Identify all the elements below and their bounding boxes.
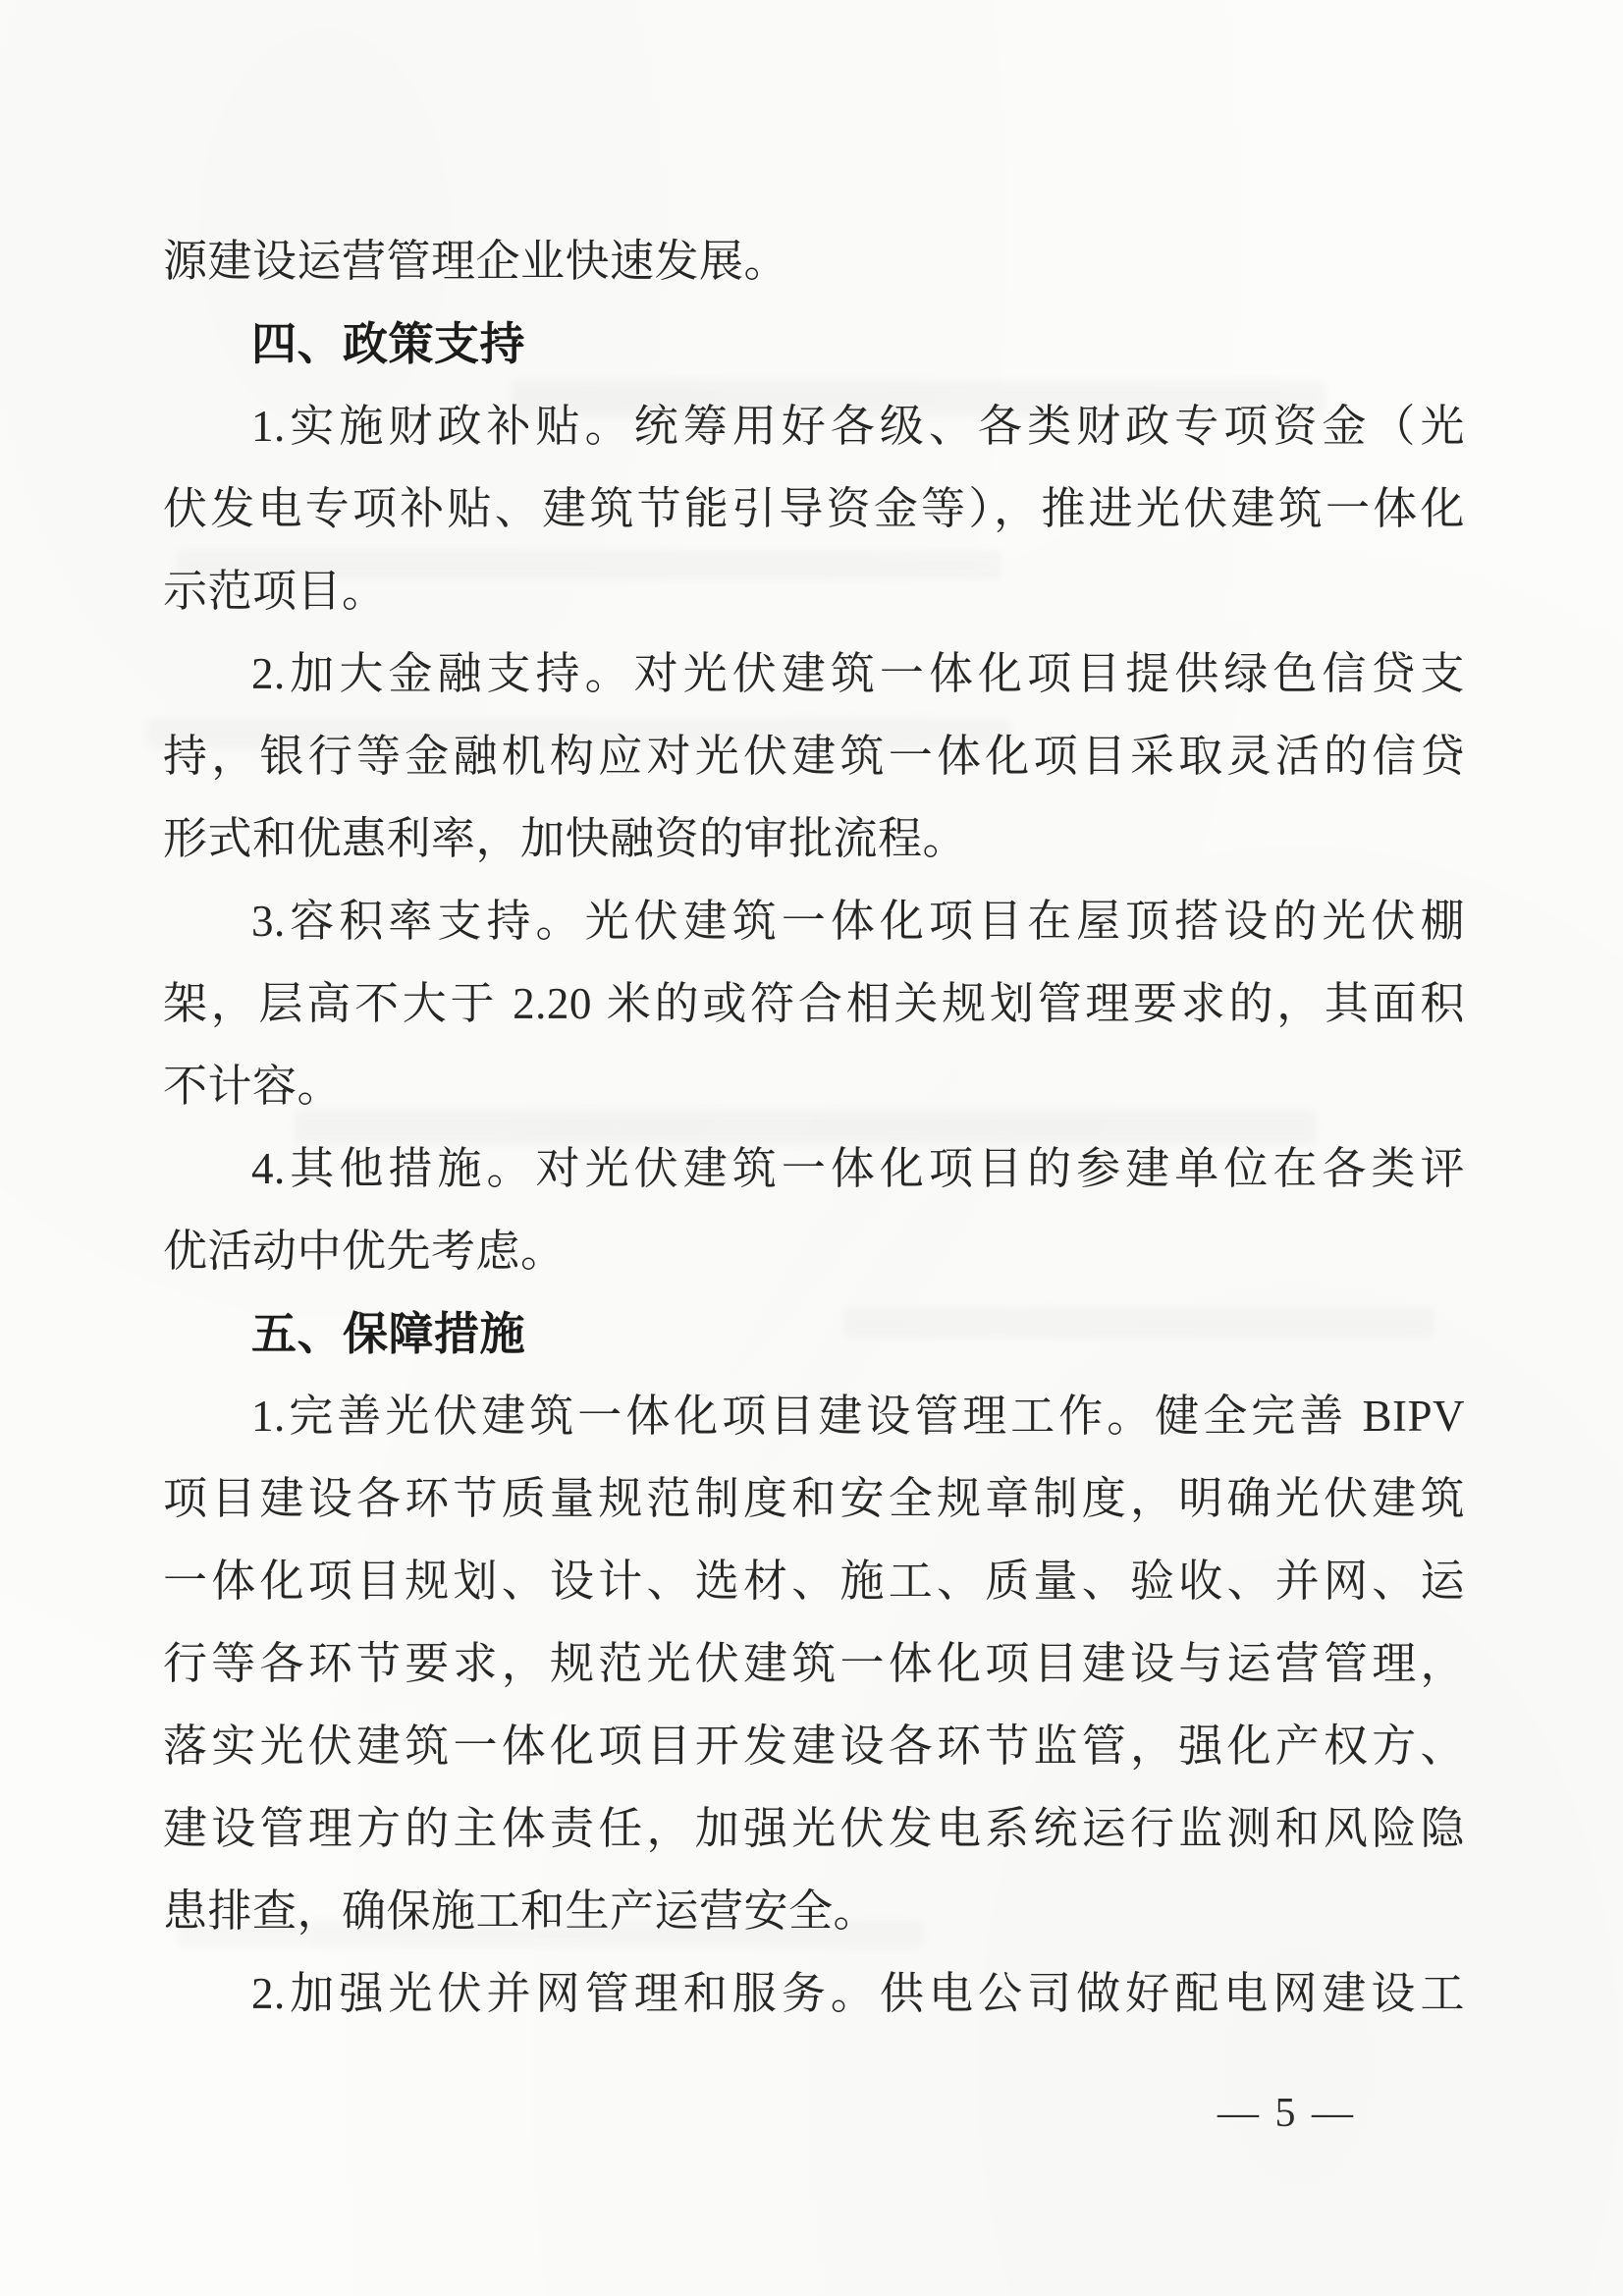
text-line: 1.完善光伏建筑一体化项目建设管理工作。健全完善 BIPV [163, 1375, 1465, 1457]
page-number: — 5 — [1217, 2090, 1356, 2137]
text-line: 1.实施财政补贴。统筹用好各级、各类财政专项资金（光 [163, 385, 1465, 467]
text-line: 优活动中优先考虑。 [163, 1210, 1465, 1292]
document-lines: 源建设运营管理企业快速发展。四、政策支持1.实施财政补贴。统筹用好各级、各类财政… [163, 220, 1465, 2035]
text-line: 示范项目。 [163, 550, 1465, 632]
text-line: 项目建设各环节质量规范制度和安全规章制度，明确光伏建筑 [163, 1457, 1465, 1540]
text-line: 形式和优惠利率，加快融资的审批流程。 [163, 797, 1465, 880]
scanned-document-page: 源建设运营管理企业快速发展。四、政策支持1.实施财政补贴。统筹用好各级、各类财政… [0, 0, 1623, 2296]
text-line: 源建设运营管理企业快速发展。 [163, 220, 1465, 302]
text-line: 架，层高不大于 2.20 米的或符合相关规划管理要求的，其面积 [163, 962, 1465, 1045]
text-line: 患排查，确保施工和生产运营安全。 [163, 1870, 1465, 1952]
text-line: 3.容积率支持。光伏建筑一体化项目在屋顶搭设的光伏棚 [163, 880, 1465, 962]
text-line: 伏发电专项补贴、建筑节能引导资金等），推进光伏建筑一体化 [163, 467, 1465, 550]
text-line: 行等各环节要求，规范光伏建筑一体化项目建设与运营管理， [163, 1622, 1465, 1705]
text-line: 建设管理方的主体责任，加强光伏发电系统运行监测和风险隐 [163, 1787, 1465, 1870]
text-line: 落实光伏建筑一体化项目开发建设各环节监管，强化产权方、 [163, 1705, 1465, 1787]
text-line: 4.其他措施。对光伏建筑一体化项目的参建单位在各类评 [163, 1127, 1465, 1210]
text-line: 不计容。 [163, 1045, 1465, 1127]
section-heading: 四、政策支持 [163, 302, 1465, 385]
text-line: 持，银行等金融机构应对光伏建筑一体化项目采取灵活的信贷 [163, 715, 1465, 797]
text-line: 2.加强光伏并网管理和服务。供电公司做好配电网建设工 [163, 1952, 1465, 2035]
section-heading: 五、保障措施 [163, 1292, 1465, 1375]
text-line: 一体化项目规划、设计、选材、施工、质量、验收、并网、运 [163, 1540, 1465, 1622]
text-line: 2.加大金融支持。对光伏建筑一体化项目提供绿色信贷支 [163, 632, 1465, 715]
